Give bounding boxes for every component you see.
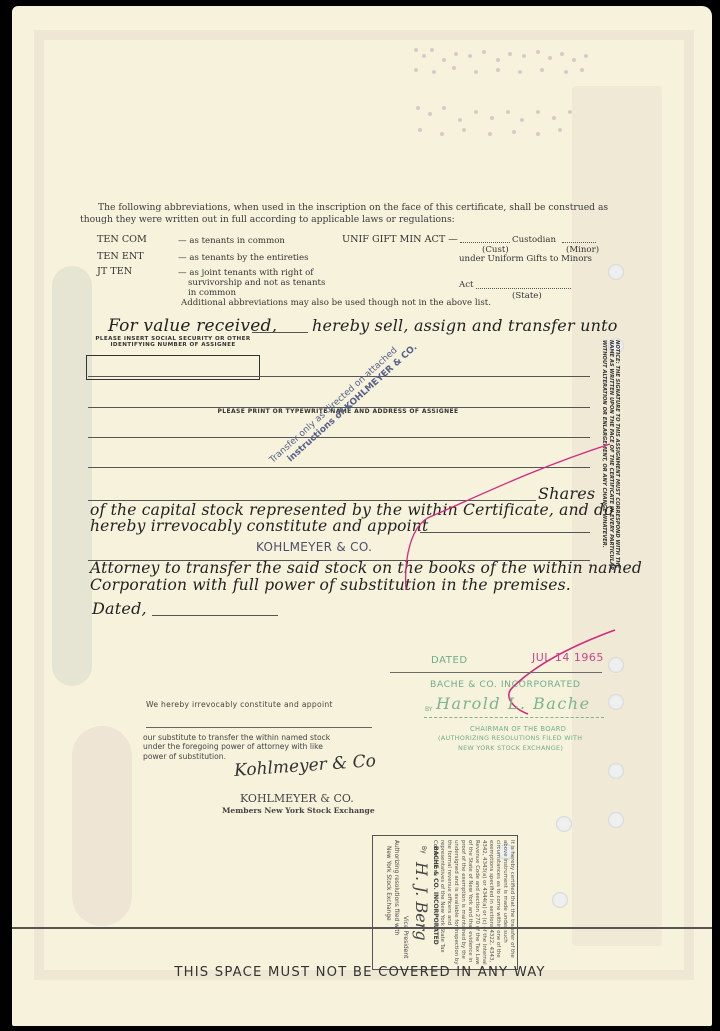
- dated-stamp-label: DATED: [431, 655, 468, 666]
- substitution-line-1: We hereby irrevocably constitute and app…: [146, 700, 333, 709]
- tax-stamp-by: By: [420, 846, 427, 854]
- binder-hole: [608, 812, 624, 828]
- transfer-date: JUL 14 1965: [532, 651, 604, 664]
- additional-abbreviations: Additional abbreviations may also be use…: [181, 298, 491, 308]
- custodian-label: Custodian: [512, 235, 556, 245]
- tax-stamp-auth-1: Authorizing resolutions filed with: [393, 840, 399, 935]
- bache-auth-1: (AUTHORIZING RESOLUTIONS FILED WITH: [438, 734, 582, 742]
- tax-exemption-stamp: It is hereby certified that the transfer…: [372, 835, 518, 970]
- abbr-code: TEN ENT: [97, 251, 144, 262]
- kohlmeyer-members: Members New York Stock Exchange: [222, 806, 375, 815]
- ssn-label: PLEASE INSERT SOCIAL SECURITY OR OTHER I…: [84, 336, 262, 348]
- abbreviations-intro: The following abbreviations, when used i…: [80, 202, 620, 226]
- abbr-code: JT TEN: [97, 266, 132, 277]
- binder-hole: [556, 816, 572, 832]
- dated-blank: [152, 615, 278, 616]
- state-field: [476, 288, 571, 289]
- assignor-blank: [252, 332, 308, 333]
- bache-by: BY: [425, 706, 432, 713]
- for-value-received: For value received,: [108, 316, 277, 336]
- substitute-blank: [146, 727, 372, 728]
- ugma-under: under Uniform Gifts to Minors: [459, 254, 592, 264]
- abbr-meaning: — as joint tenants with right of survivo…: [178, 268, 328, 298]
- tax-stamp-firm: BACHE & CO. INCORPORATED: [432, 846, 439, 945]
- bache-signature-line: [424, 717, 604, 718]
- tax-stamp-auth-2: New York Stock Exchange: [385, 846, 391, 921]
- tax-stamp-text: It is hereby certified that the transfer…: [431, 840, 515, 966]
- bache-title: CHAIRMAN OF THE BOARD: [470, 725, 566, 733]
- attorney-name-stamp: KOHLMEYER & CO.: [256, 540, 372, 554]
- dated-label: Dated,: [92, 599, 147, 618]
- binder-hole: [608, 763, 624, 779]
- show-through-seal: [72, 726, 132, 926]
- tax-stamp-title: Vice President: [402, 916, 409, 959]
- ugma-label: UNIF GIFT MIN ACT —: [342, 234, 458, 245]
- capital-stock-text-2: hereby irrevocably constitute and appoin…: [90, 518, 428, 534]
- abbr-code: TEN COM: [97, 234, 147, 245]
- footer-warning: THIS SPACE MUST NOT BE COVERED IN ANY WA…: [120, 965, 600, 980]
- bottom-rule: [12, 927, 712, 929]
- state-caption: (State): [512, 291, 542, 301]
- bache-firm-stamp: BACHE & CO. INCORPORATED: [430, 679, 581, 690]
- dated-rule: [390, 672, 602, 673]
- bache-signature: Harold L. Bache: [436, 694, 591, 713]
- show-through-vignette: [52, 266, 92, 686]
- act-label: Act: [459, 280, 473, 290]
- assignee-line-1: [88, 376, 590, 377]
- abbr-meaning: — as tenants in common: [178, 236, 285, 246]
- custodian-field: [460, 242, 510, 243]
- minor-field: [562, 242, 596, 243]
- kohlmeyer-firm: KOHLMEYER & CO.: [240, 792, 354, 805]
- hereby-sell-text: hereby sell, assign and transfer unto: [312, 316, 618, 335]
- bache-auth-2: NEW YORK STOCK EXCHANGE): [458, 744, 563, 752]
- binder-hole: [608, 264, 624, 280]
- tax-stamp-signature: H. J. Berg: [412, 862, 431, 941]
- assignee-line-3: [88, 437, 590, 438]
- binder-hole: [552, 892, 568, 908]
- abbr-meaning: — as tenants by the entireties: [178, 253, 309, 263]
